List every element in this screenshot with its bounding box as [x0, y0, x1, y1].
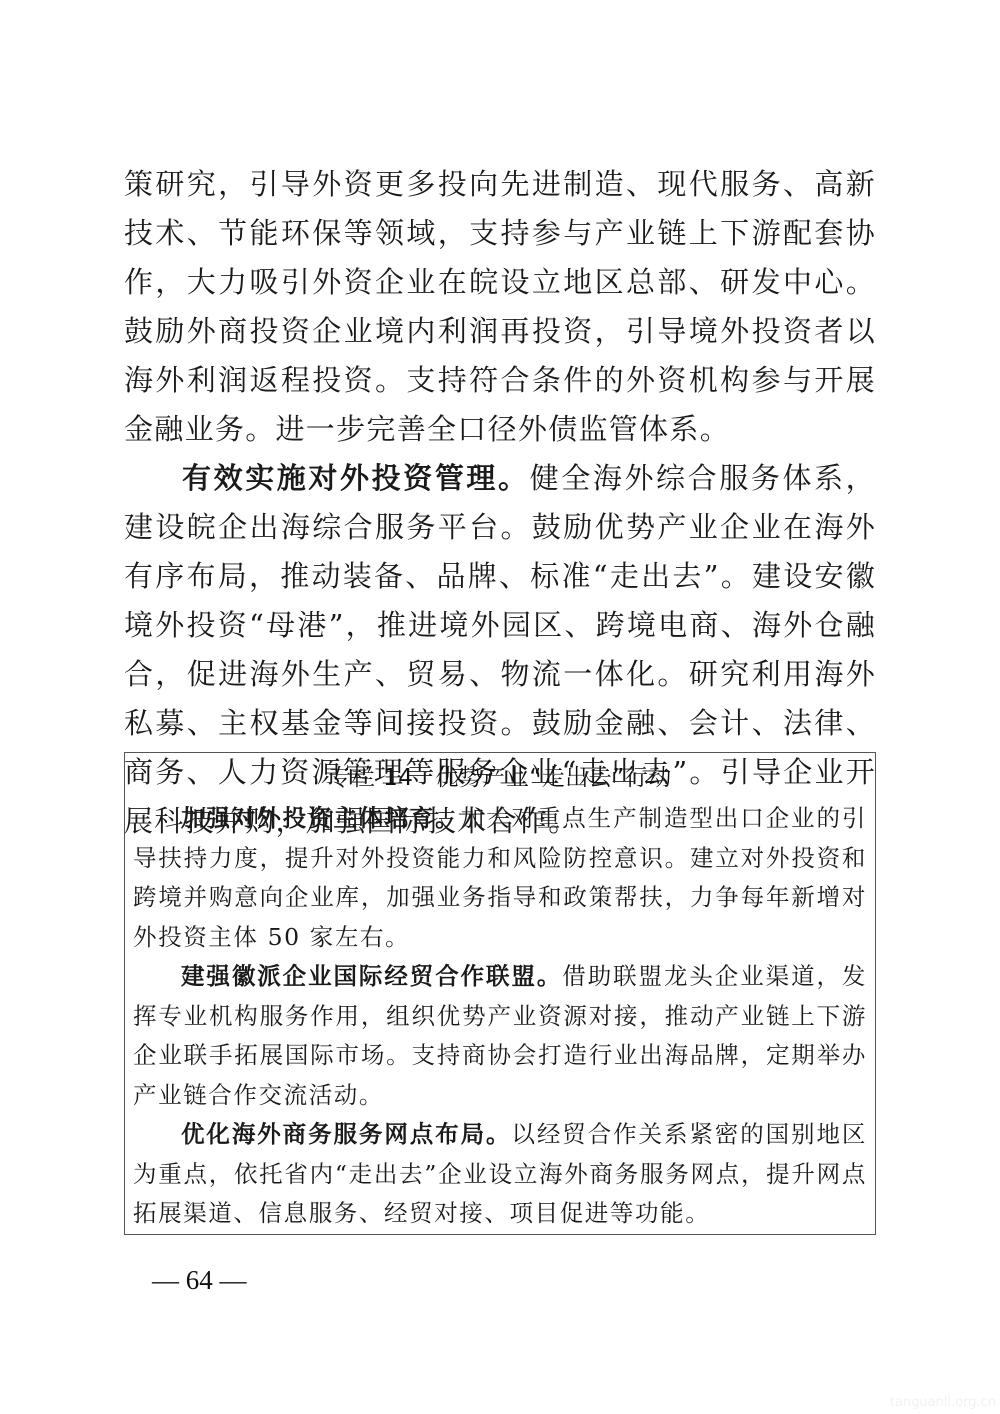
- column-item-heading: 加强对外投资主体培育。: [181, 804, 461, 832]
- column-box-label: 专栏 14: [328, 765, 413, 791]
- document-page: 策研究，引导外资更多投向先进制造、现代服务、高新技术、节能环保等领域，支持参与产…: [0, 0, 1000, 1414]
- column-item-heading: 建强徽派企业国际经贸合作联盟。: [181, 962, 562, 990]
- column-item: 建强徽派企业国际经贸合作联盟。借助联盟龙头企业渠道，发挥专业机构服务作用，组织优…: [133, 957, 867, 1115]
- column-box-heading: 优势产业“走出去”行动: [435, 765, 671, 791]
- body-text: 策研究，引导外资更多投向先进制造、现代服务、高新技术、节能环保等领域，支持参与产…: [124, 160, 876, 846]
- paragraph-heading: 有效实施对外投资管理。: [182, 461, 530, 495]
- column-item: 加强对外投资主体培育。加大对重点生产制造型出口企业的引导扶持力度，提升对外投资能…: [133, 799, 867, 957]
- column-box-14: 专栏 14优势产业“走出去”行动 加强对外投资主体培育。加大对重点生产制造型出口…: [124, 752, 876, 1235]
- watermark: tanguanli.org.cn: [890, 1395, 996, 1410]
- column-box-title: 专栏 14优势产业“走出去”行动: [133, 757, 867, 799]
- paragraph-text: 策研究，引导外资更多投向先进制造、现代服务、高新技术、节能环保等领域，支持参与产…: [124, 167, 876, 446]
- column-item: 优化海外商务服务网点布局。以经贸合作关系紧密的国别地区为重点，依托省内“走出去”…: [133, 1115, 867, 1234]
- page-number: — 64 —: [152, 1265, 247, 1295]
- paragraph-continued: 策研究，引导外资更多投向先进制造、现代服务、高新技术、节能环保等领域，支持参与产…: [124, 160, 876, 454]
- column-item-heading: 优化海外商务服务网点布局。: [181, 1120, 511, 1148]
